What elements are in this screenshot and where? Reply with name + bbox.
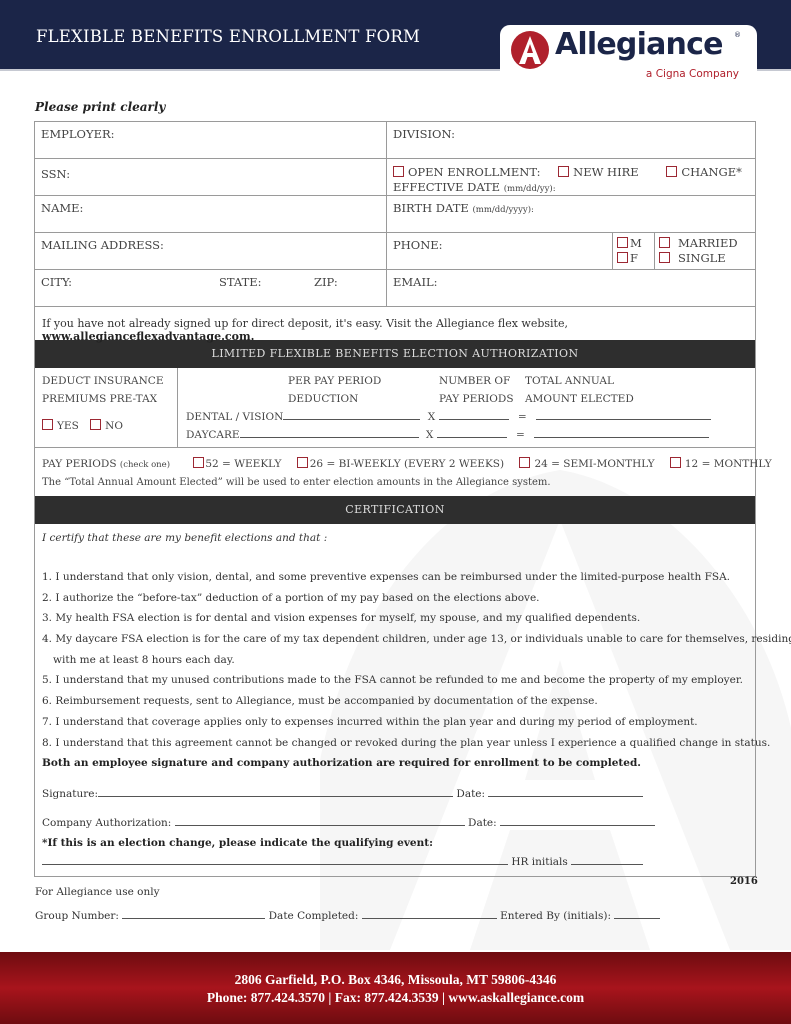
num-periods-header-1: NUMBER OF (439, 372, 514, 390)
birth-date-field[interactable]: BIRTH DATE (mm/dd/yyyy): (387, 196, 755, 232)
change-checkbox[interactable] (666, 166, 677, 177)
birth-date-format: (mm/dd/yyyy): (472, 205, 533, 215)
certification-item: 1. I understand that only vision, dental… (42, 571, 730, 583)
effective-date-format: (mm/dd/yy): (504, 184, 556, 194)
state-field[interactable]: STATE: (219, 275, 262, 289)
enrollment-form: EMPLOYER: DIVISION: SSN: OPEN ENROLLMENT… (34, 121, 756, 877)
employer-field[interactable]: EMPLOYER: (35, 122, 387, 158)
biweekly-checkbox[interactable] (297, 457, 308, 468)
total-annual-header: TOTAL ANNUAL AMOUNT ELECTED (525, 372, 634, 408)
num-periods-header-2: PAY PERIODS (439, 390, 514, 408)
times-sign: X (426, 429, 433, 441)
certification-item: 4. My daycare FSA election is for the ca… (42, 633, 791, 645)
city-label: CITY: (41, 275, 72, 289)
pay-periods-section: PAY PERIODS (check one) 52 = WEEKLY 26 =… (35, 448, 755, 496)
phone-label: PHONE: (393, 238, 443, 252)
gender-f-checkbox[interactable] (617, 252, 628, 263)
name-row: NAME: BIRTH DATE (mm/dd/yyyy): (35, 196, 755, 233)
qualifying-event-label: *If this is an election change, please i… (42, 837, 433, 849)
daycare-label: DAYCARE (186, 429, 240, 441)
daycare-total-input[interactable] (534, 428, 709, 438)
signature-date-input[interactable] (488, 787, 643, 797)
married-checkbox[interactable] (659, 237, 670, 248)
registered-mark: ® (734, 31, 741, 39)
employer-label: EMPLOYER: (41, 127, 115, 141)
weekly-label: 52 = WEEKLY (205, 458, 281, 470)
change-label: CHANGE* (681, 165, 742, 179)
open-enrollment-checkbox[interactable] (393, 166, 404, 177)
email-label: EMAIL: (393, 275, 438, 289)
daycare-row: DAYCARE X = (186, 428, 709, 441)
pretax-yes-checkbox[interactable] (42, 419, 53, 430)
enrollment-type: OPEN ENROLLMENT: NEW HIRE CHANGE* EFFECT… (387, 159, 755, 195)
certification-item: 2. I authorize the “before-tax” deductio… (42, 592, 540, 604)
open-enrollment-label: OPEN ENROLLMENT: (408, 165, 540, 179)
company-authorization-line: Company Authorization: Date: (42, 816, 655, 829)
dental-vision-label: DENTAL / VISION (186, 411, 283, 423)
gender-options: M F (613, 233, 655, 269)
signature-label: Signature: (42, 788, 98, 800)
name-field[interactable]: NAME: (35, 196, 387, 232)
total-annual-note: The “Total Annual Amount Elected” will b… (42, 474, 748, 491)
company-date-label: Date: (468, 817, 497, 829)
gender-m-checkbox[interactable] (617, 237, 628, 248)
footer-address: 2806 Garfield, P.O. Box 4346, Missoula, … (0, 971, 791, 989)
monthly-checkbox[interactable] (670, 457, 681, 468)
signature-line: Signature: Date: (42, 787, 643, 800)
deduct-label-2: PREMIUMS PRE-TAX (42, 390, 170, 408)
hr-initials-label: HR initials (511, 856, 567, 868)
dental-vision-deduction-input[interactable] (283, 410, 420, 420)
date-completed-input[interactable] (362, 909, 497, 919)
logo-wordmark: Allegiance (555, 27, 723, 62)
pay-periods-label: PAY PERIODS (42, 458, 117, 470)
deduct-label-1: DEDUCT INSURANCE (42, 372, 170, 390)
division-label: DIVISION: (393, 127, 455, 141)
new-hire-checkbox[interactable] (558, 166, 569, 177)
ssn-row: SSN: OPEN ENROLLMENT: NEW HIRE CHANGE* E… (35, 159, 755, 196)
employer-row: EMPLOYER: DIVISION: (35, 122, 755, 159)
single-label: SINGLE (678, 251, 726, 265)
per-pay-period-header: PER PAY PERIOD DEDUCTION (288, 372, 381, 408)
pay-periods-hint: (check one) (120, 460, 170, 470)
zip-field[interactable]: ZIP: (314, 275, 338, 289)
monthly-label: 12 = MONTHLY (685, 458, 772, 470)
group-number-label: Group Number: (35, 910, 119, 922)
daycare-periods-input[interactable] (437, 428, 507, 438)
certification-section: I certify that these are my benefit elec… (35, 524, 755, 876)
dental-vision-row: DENTAL / VISION X = (186, 410, 711, 423)
hr-initials-input[interactable] (571, 855, 643, 865)
ssn-label: SSN: (41, 167, 70, 181)
gender-f-label: F (630, 251, 638, 265)
form-year: 2016 (730, 876, 758, 887)
pretax-yes-label: YES (57, 420, 79, 432)
new-hire-label: NEW HIRE (573, 165, 639, 179)
total-header-2: AMOUNT ELECTED (525, 390, 634, 408)
equals-sign: = (516, 429, 525, 441)
daycare-deduction-input[interactable] (240, 428, 419, 438)
page-footer: 2806 Garfield, P.O. Box 4346, Missoula, … (0, 952, 791, 1024)
certification-item: 7. I understand that coverage applies on… (42, 716, 698, 728)
page-header: FLEXIBLE BENEFITS ENROLLMENT FORM Allegi… (0, 0, 791, 71)
equals-sign: = (518, 411, 527, 423)
email-field[interactable]: EMAIL: (387, 270, 755, 306)
certification-intro: I certify that these are my benefit elec… (42, 532, 327, 544)
state-label: STATE: (219, 275, 262, 289)
entered-by-label: Entered By (initials): (500, 910, 611, 922)
certification-item: 5. I understand that my unused contribut… (42, 674, 743, 686)
certification-item: 8. I understand that this agreement cann… (42, 737, 770, 749)
office-use-title: For Allegiance use only (35, 886, 160, 898)
signature-input[interactable] (98, 787, 453, 797)
required-signatures-note: Both an employee signature and company a… (42, 757, 641, 769)
certification-item-continued: with me at least 8 hours each day. (53, 654, 235, 666)
office-use-fields: Group Number: Date Completed: Entered By… (35, 909, 660, 922)
marital-status-options: MARRIED SINGLE (655, 233, 755, 269)
birth-date-label: BIRTH DATE (393, 201, 469, 215)
city-row: CITY: STATE: ZIP: EMAIL: (35, 270, 755, 307)
date-completed-label: Date Completed: (269, 910, 359, 922)
qualifying-event-line: HR initials (42, 855, 643, 868)
mailing-address-label: MAILING ADDRESS: (41, 238, 164, 252)
pretax-no-label: NO (105, 420, 123, 432)
effective-date-label: EFFECTIVE DATE (393, 180, 500, 194)
certification-item: 6. Reimbursement requests, sent to Alleg… (42, 695, 598, 707)
pretax-no-checkbox[interactable] (90, 419, 101, 430)
division-field[interactable]: DIVISION: (387, 122, 755, 158)
dental-vision-total-input[interactable] (536, 410, 711, 420)
semimonthly-label: 24 = SEMI-MONTHLY (534, 458, 654, 470)
print-clearly-instruction: Please print clearly (35, 100, 165, 114)
company-auth-label: Company Authorization: (42, 817, 171, 829)
biweekly-label: 26 = BI-WEEKLY (EVERY 2 WEEKS) (310, 458, 504, 470)
mailing-address-field[interactable]: MAILING ADDRESS: (35, 233, 387, 269)
name-label: NAME: (41, 201, 83, 215)
semimonthly-checkbox[interactable] (519, 457, 530, 468)
per-pay-header-1: PER PAY PERIOD (288, 372, 381, 390)
deposit-note-text: If you have not already signed up for di… (42, 317, 568, 330)
company-date-input[interactable] (500, 816, 655, 826)
pay-periods-header: NUMBER OF PAY PERIODS (439, 372, 514, 408)
ssn-field[interactable]: SSN: (35, 159, 387, 195)
direct-deposit-note: If you have not already signed up for di… (35, 307, 755, 340)
per-pay-header-2: DEDUCTION (288, 390, 381, 408)
company-auth-input[interactable] (175, 816, 465, 826)
logo-tagline: a Cigna Company (646, 68, 739, 80)
pretax-deduction-option: DEDUCT INSURANCE PREMIUMS PRE-TAX YES NO (35, 368, 178, 447)
married-label: MARRIED (678, 236, 738, 250)
single-checkbox[interactable] (659, 252, 670, 263)
phone-field[interactable]: PHONE: (387, 233, 613, 269)
certification-item: 3. My health FSA election is for dental … (42, 612, 640, 624)
effective-date-field[interactable]: EFFECTIVE DATE (mm/dd/yy): (393, 180, 749, 197)
qualifying-event-input[interactable] (42, 855, 508, 865)
times-sign: X (428, 411, 435, 423)
election-section-header: LIMITED FLEXIBLE BENEFITS ELECTION AUTHO… (35, 340, 755, 368)
address-row: MAILING ADDRESS: PHONE: M F MARRIED SING… (35, 233, 755, 270)
group-number-input[interactable] (122, 909, 265, 919)
gender-m-label: M (630, 236, 642, 250)
weekly-checkbox[interactable] (193, 457, 204, 468)
certification-section-header: CERTIFICATION (35, 496, 755, 524)
form-title: FLEXIBLE BENEFITS ENROLLMENT FORM (36, 27, 420, 46)
total-header-1: TOTAL ANNUAL (525, 372, 634, 390)
election-table: DEDUCT INSURANCE PREMIUMS PRE-TAX YES NO… (35, 368, 755, 448)
city-field[interactable]: CITY: (41, 275, 72, 289)
entered-by-input[interactable] (614, 909, 660, 919)
signature-date-label: Date: (456, 788, 485, 800)
footer-contact: Phone: 877.424.3570 | Fax: 877.424.3539 … (0, 989, 791, 1007)
allegiance-logo: Allegiance ® a Cigna Company (500, 25, 757, 85)
zip-label: ZIP: (314, 275, 338, 289)
dental-vision-periods-input[interactable] (439, 410, 509, 420)
allegiance-a-icon (510, 30, 550, 70)
